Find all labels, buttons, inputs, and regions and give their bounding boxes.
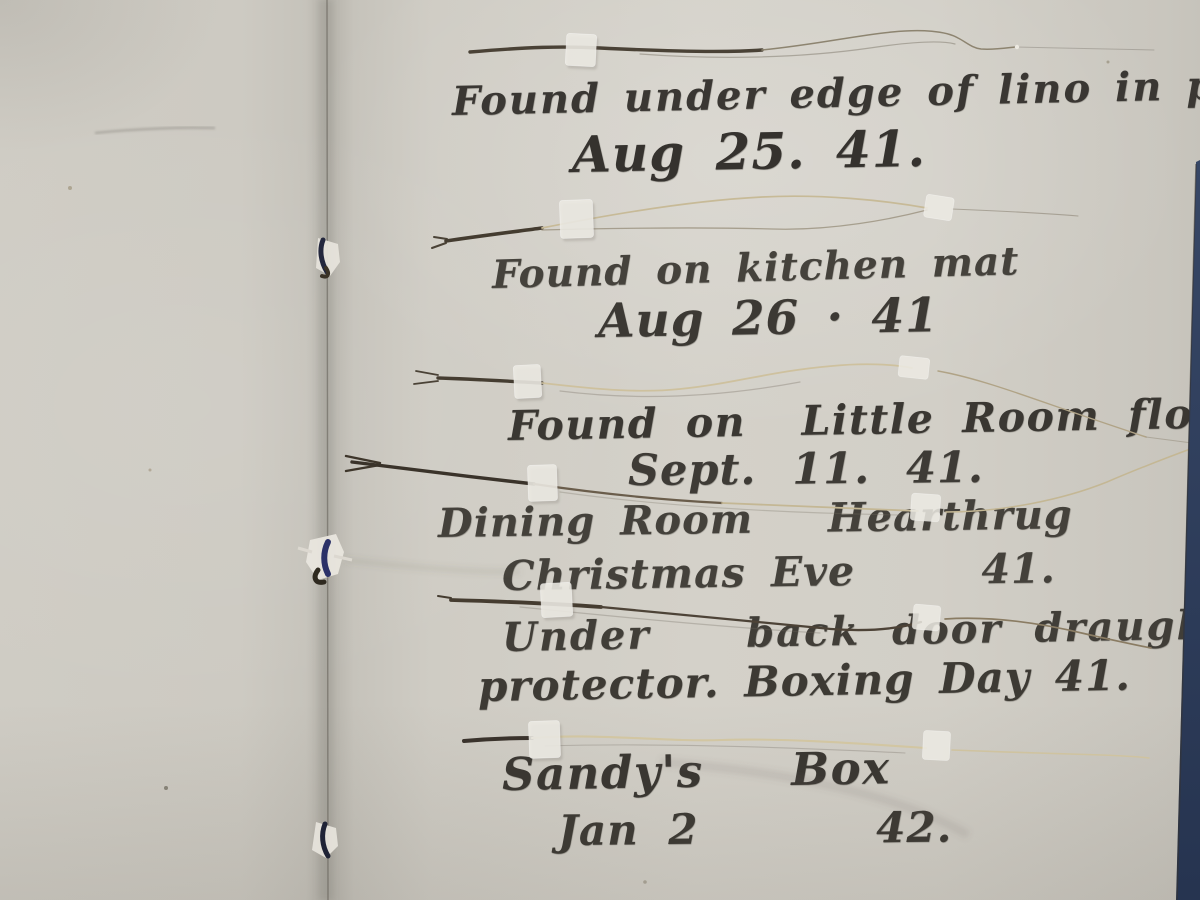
entry-4-date: Christmas Eve 41. — [502, 548, 1056, 597]
entry-3-location: Found on Little Room floor — [508, 393, 1200, 447]
entry-4-location: Dining Room Hearthrug — [438, 495, 1073, 544]
entry-1-date: Aug 25. 41. — [572, 124, 927, 180]
left-page — [0, 0, 327, 900]
entry-5-date: protector. Boxing Day 41. — [478, 655, 1132, 708]
entry-6-date: Jan 2 42. — [558, 807, 953, 852]
entry-5-location: Under back door draught — [502, 605, 1200, 658]
entry-3-date: Sept. 11. 41. — [628, 447, 984, 493]
entry-2-date: Aug 26 · 41 — [598, 292, 940, 345]
notebook-page-photo: Found under edge of lino in pantry Aug 2… — [0, 0, 1200, 900]
entry-6-location: Sandy's Box — [502, 745, 891, 797]
